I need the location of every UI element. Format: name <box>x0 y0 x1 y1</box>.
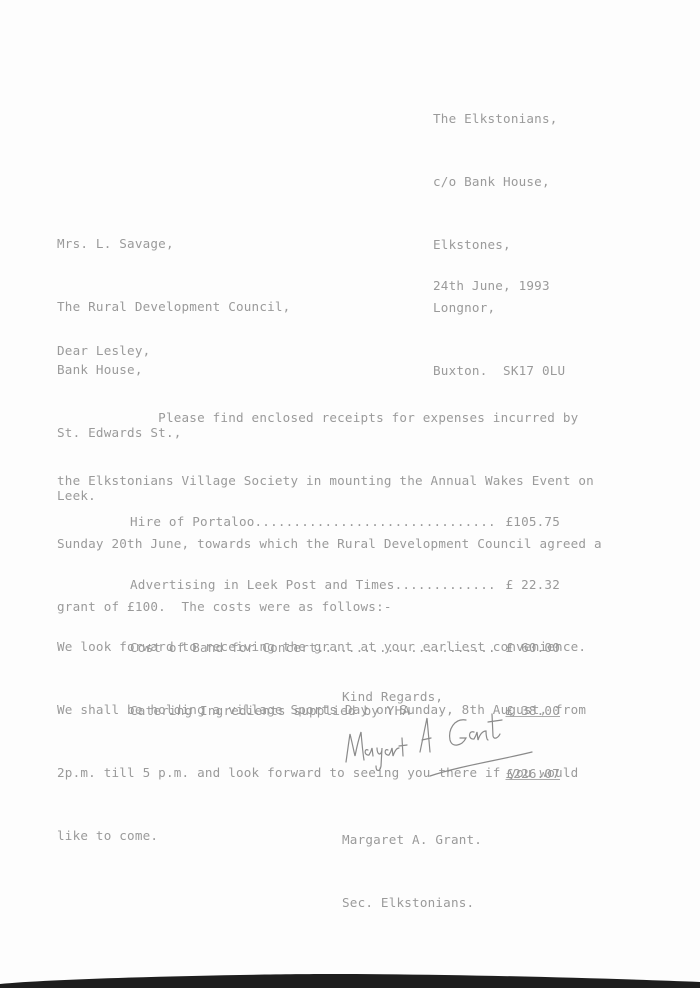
recipient-line: The Rural Development Council, <box>57 296 290 317</box>
cost-row: Hire of Portaloo........................… <box>130 511 560 532</box>
recipient-line: Mrs. L. Savage, <box>57 233 290 254</box>
sender-line: The Elkstonians, <box>433 108 565 129</box>
sender-line: Elkstones, <box>433 234 565 255</box>
letter-page: The Elkstonians, c/o Bank House, Elkston… <box>0 0 700 988</box>
handwritten-signature <box>340 700 540 780</box>
letter-date: 24th June, 1993 <box>433 275 550 296</box>
salutation: Dear Lesley, <box>57 340 150 361</box>
cost-amount: £ 22.32 <box>498 574 560 595</box>
body-line: like to come. <box>57 825 586 846</box>
body-line: Please find enclosed receipts for expens… <box>57 407 602 428</box>
sender-line: Longnor, <box>433 297 565 318</box>
cost-label: Hire of Portaloo........................… <box>130 511 498 532</box>
signatory-block: Margaret A. Grant. Sec. Elkstonians. <box>342 787 482 955</box>
body-line: We look forward to receiving the grant a… <box>57 636 586 657</box>
scan-shadow-edge <box>0 972 700 988</box>
cost-label: Advertising in Leek Post and Times......… <box>130 574 498 595</box>
sender-line: c/o Bank House, <box>433 171 565 192</box>
signatory-name: Margaret A. Grant. <box>342 829 482 850</box>
cost-amount: £105.75 <box>498 511 560 532</box>
cost-row: Advertising in Leek Post and Times......… <box>130 574 560 595</box>
signatory-title: Sec. Elkstonians. <box>342 892 482 913</box>
